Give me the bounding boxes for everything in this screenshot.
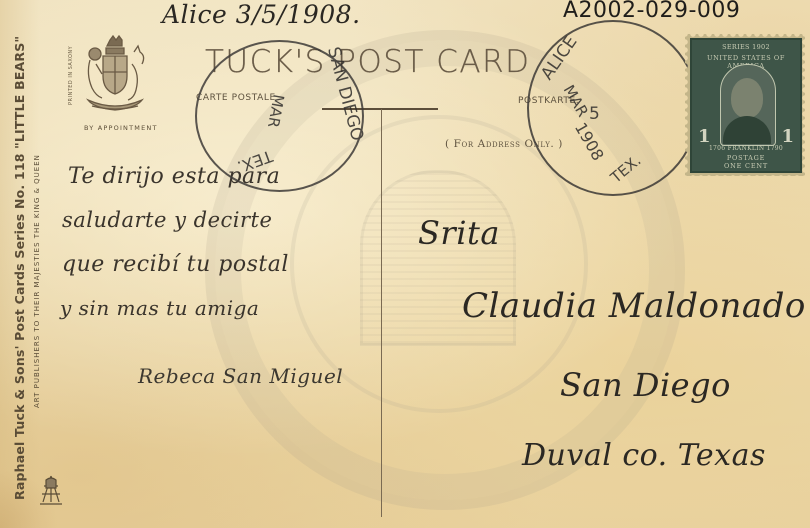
franklin-portrait-icon bbox=[731, 78, 763, 118]
message-line: y sin mas tu amiga bbox=[60, 296, 259, 320]
postmark-san-diego: SAN DIEGO MAR TEX. bbox=[195, 40, 364, 192]
postcard-back: Raphael Tuck & Sons' Post Cards Series N… bbox=[0, 0, 810, 528]
signature: Rebeca San Miguel bbox=[138, 364, 343, 388]
postmark-state: TEX. bbox=[607, 151, 644, 186]
postmark-year: 1908 bbox=[571, 119, 608, 164]
stamp-series: SERIES 1902 bbox=[690, 43, 802, 51]
address-salutation: Srita bbox=[418, 214, 500, 252]
easel-logo-icon bbox=[38, 474, 64, 506]
printed-in-label: PRINTED IN SAXONY bbox=[68, 46, 74, 105]
stamp-name: 1706 FRANKLIN 1790 bbox=[690, 145, 802, 152]
postmark-town: ALICE bbox=[537, 32, 581, 83]
stamp-denomination-right: 1 bbox=[781, 126, 794, 147]
address-county-state: Duval co. Texas bbox=[522, 438, 766, 473]
archive-accession-number: A2002-029-009 bbox=[563, 0, 740, 23]
postmark-day: 5 bbox=[589, 104, 600, 124]
postmark-month: MAR bbox=[264, 93, 288, 129]
stamp-postage: POSTAGE bbox=[690, 154, 802, 162]
handwritten-date-note: Alice 3/5/1908. bbox=[162, 0, 361, 29]
postmark-alice: ALICE MAR 5 1908 TEX. bbox=[527, 20, 699, 196]
publisher-subline: ART PUBLISHERS TO THEIR MAJESTIES THE KI… bbox=[33, 36, 41, 408]
publisher-imprint: Raphael Tuck & Sons' Post Cards Series N… bbox=[12, 36, 41, 500]
stamp-denomination-left: 1 bbox=[698, 126, 711, 147]
royal-coat-of-arms-icon bbox=[82, 34, 148, 116]
by-appointment-label: BY APPOINTMENT bbox=[84, 124, 158, 132]
message-line: saludarte y decirte bbox=[62, 208, 272, 232]
publisher-line: Raphael Tuck & Sons' Post Cards Series N… bbox=[12, 36, 27, 500]
message-line: que recibí tu postal bbox=[62, 252, 289, 277]
divider-vertical bbox=[381, 109, 382, 517]
postmark-state: TEX. bbox=[235, 146, 275, 176]
address-city: San Diego bbox=[560, 366, 731, 404]
postmark-month: MAR bbox=[560, 82, 592, 120]
address-recipient: Claudia Maldonado bbox=[462, 286, 806, 326]
stamp-value: ONE CENT bbox=[690, 162, 802, 170]
postage-stamp: SERIES 1902 UNITED STATES OF AMERICA 1 1… bbox=[690, 38, 802, 173]
